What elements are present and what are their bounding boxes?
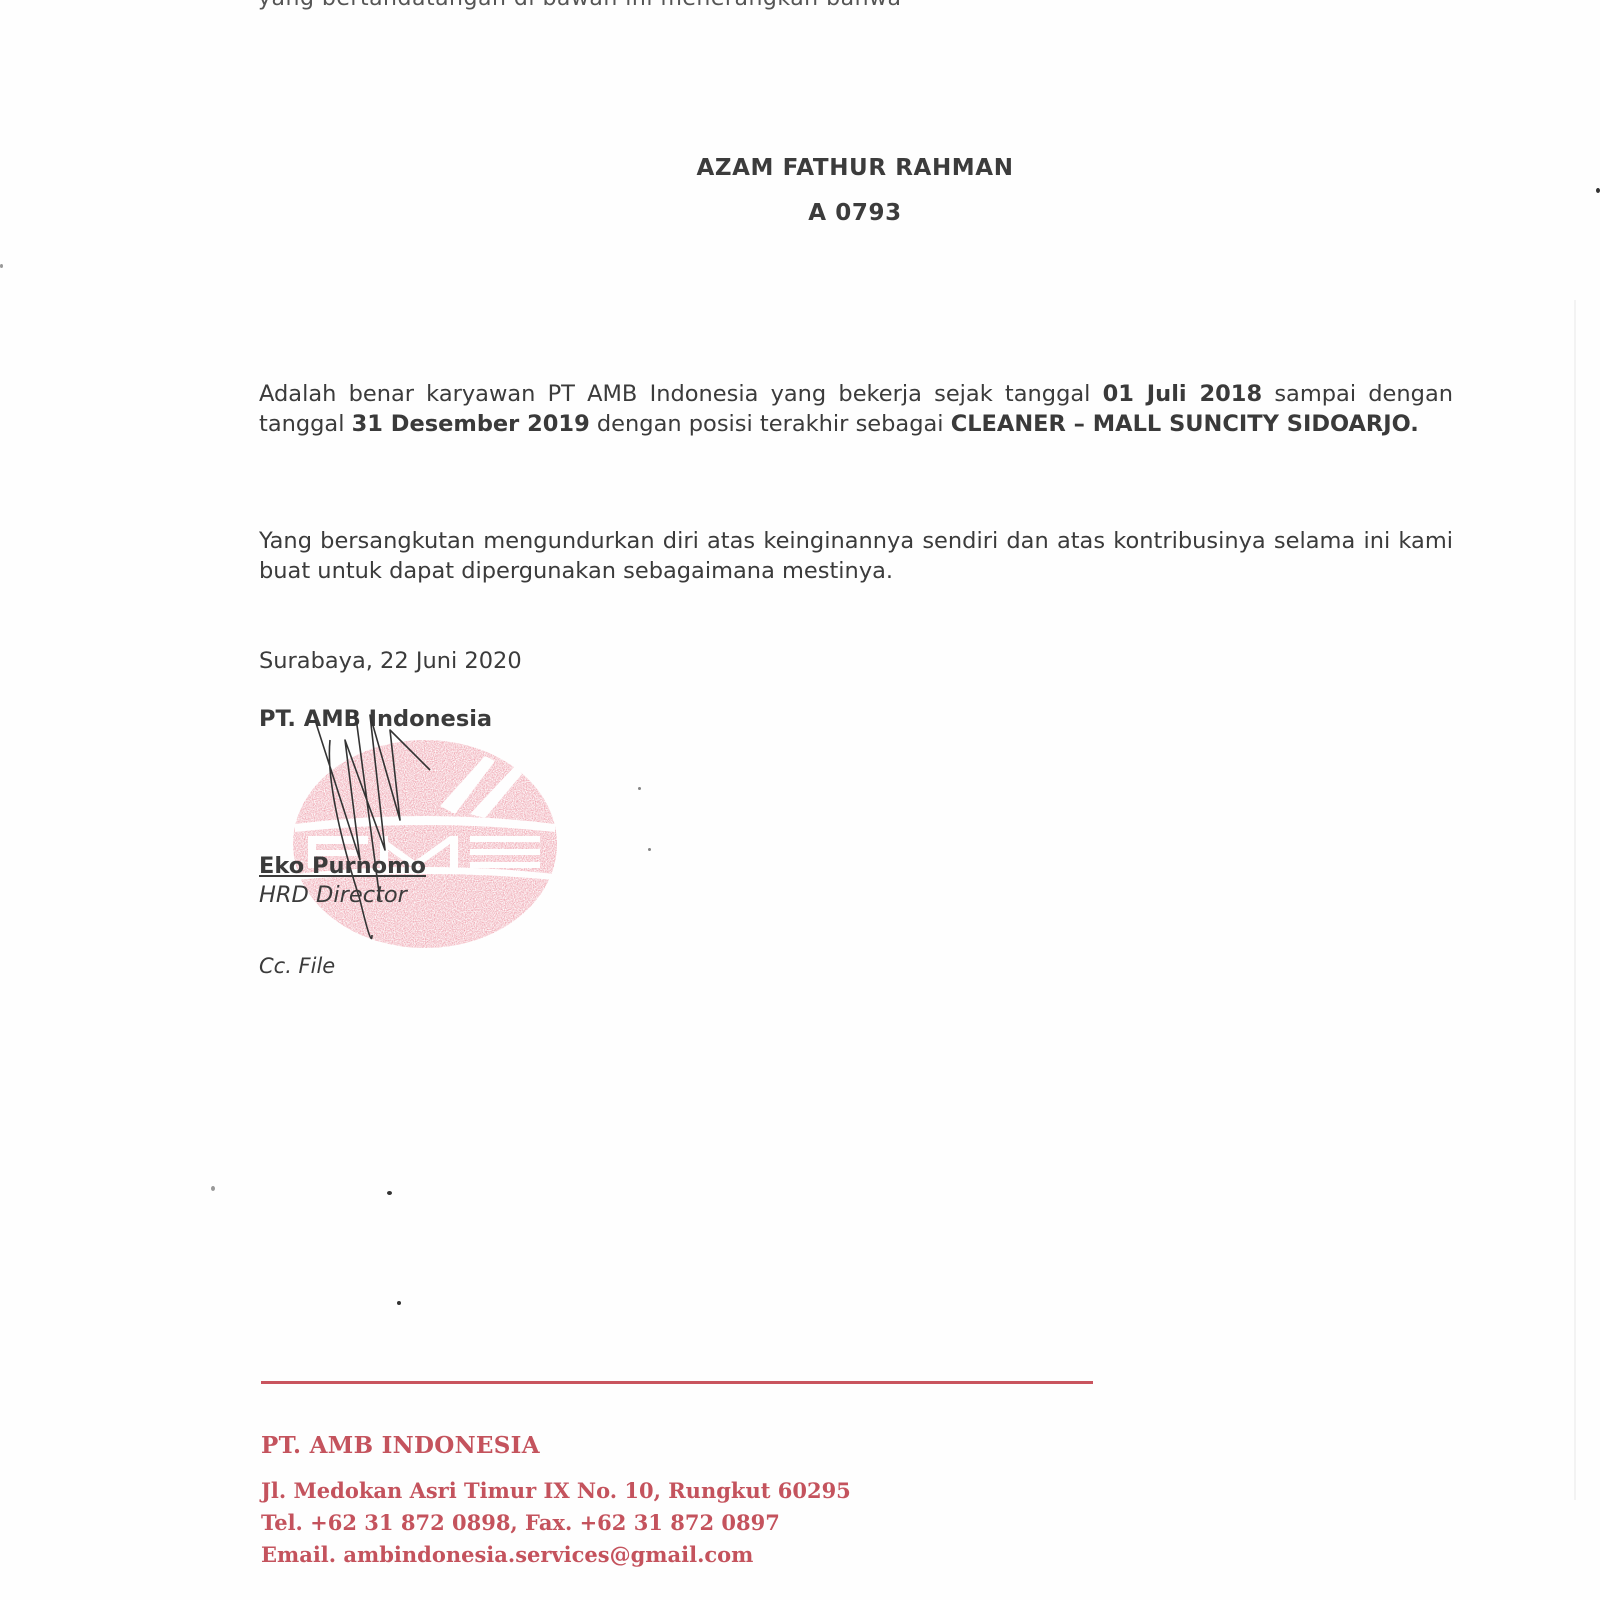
text: Adalah benar karyawan PT AMB Indonesia y…	[259, 381, 1103, 407]
handwritten-signature-icon	[300, 700, 450, 960]
employee-id: A 0793	[0, 200, 1600, 226]
scan-speck	[638, 787, 641, 790]
scan-speck	[387, 1191, 392, 1195]
footer-email: Email. ambindonesia.services@gmail.com	[261, 1542, 753, 1567]
scan-speck	[211, 1186, 215, 1191]
signer-title: HRD Director	[259, 882, 407, 908]
footer-phone-fax: Tel. +62 31 872 0898, Fax. +62 31 872 08…	[261, 1510, 780, 1535]
scan-speck	[0, 264, 3, 268]
cutoff-text-line: yang bertandatangan di bawah ini meneran…	[258, 0, 901, 11]
position: CLEANER – MALL SUNCITY SIDOARJO.	[951, 411, 1419, 437]
scan-speck	[397, 1301, 401, 1305]
scan-speck	[1596, 188, 1600, 193]
footer-company-name: PT. AMB INDONESIA	[261, 1432, 540, 1459]
text: dengan posisi terakhir sebagai	[590, 411, 951, 437]
cc-note: Cc. File	[259, 954, 335, 978]
resignation-paragraph: Yang bersangkutan mengundurkan diri atas…	[259, 526, 1453, 586]
footer-divider	[261, 1381, 1093, 1384]
end-date: 31 Desember 2019	[352, 411, 590, 437]
page-edge	[1574, 300, 1576, 1500]
employee-name: AZAM FATHUR RAHMAN	[0, 155, 1600, 181]
employment-paragraph: Adalah benar karyawan PT AMB Indonesia y…	[259, 379, 1453, 439]
footer-address: Jl. Medokan Asri Timur IX No. 10, Rungku…	[261, 1478, 851, 1503]
scan-speck	[648, 848, 651, 851]
signer-name: Eko Purnomo	[259, 853, 426, 879]
place-date: Surabaya, 22 Juni 2020	[259, 648, 522, 674]
start-date: 01 Juli 2018	[1103, 381, 1263, 407]
